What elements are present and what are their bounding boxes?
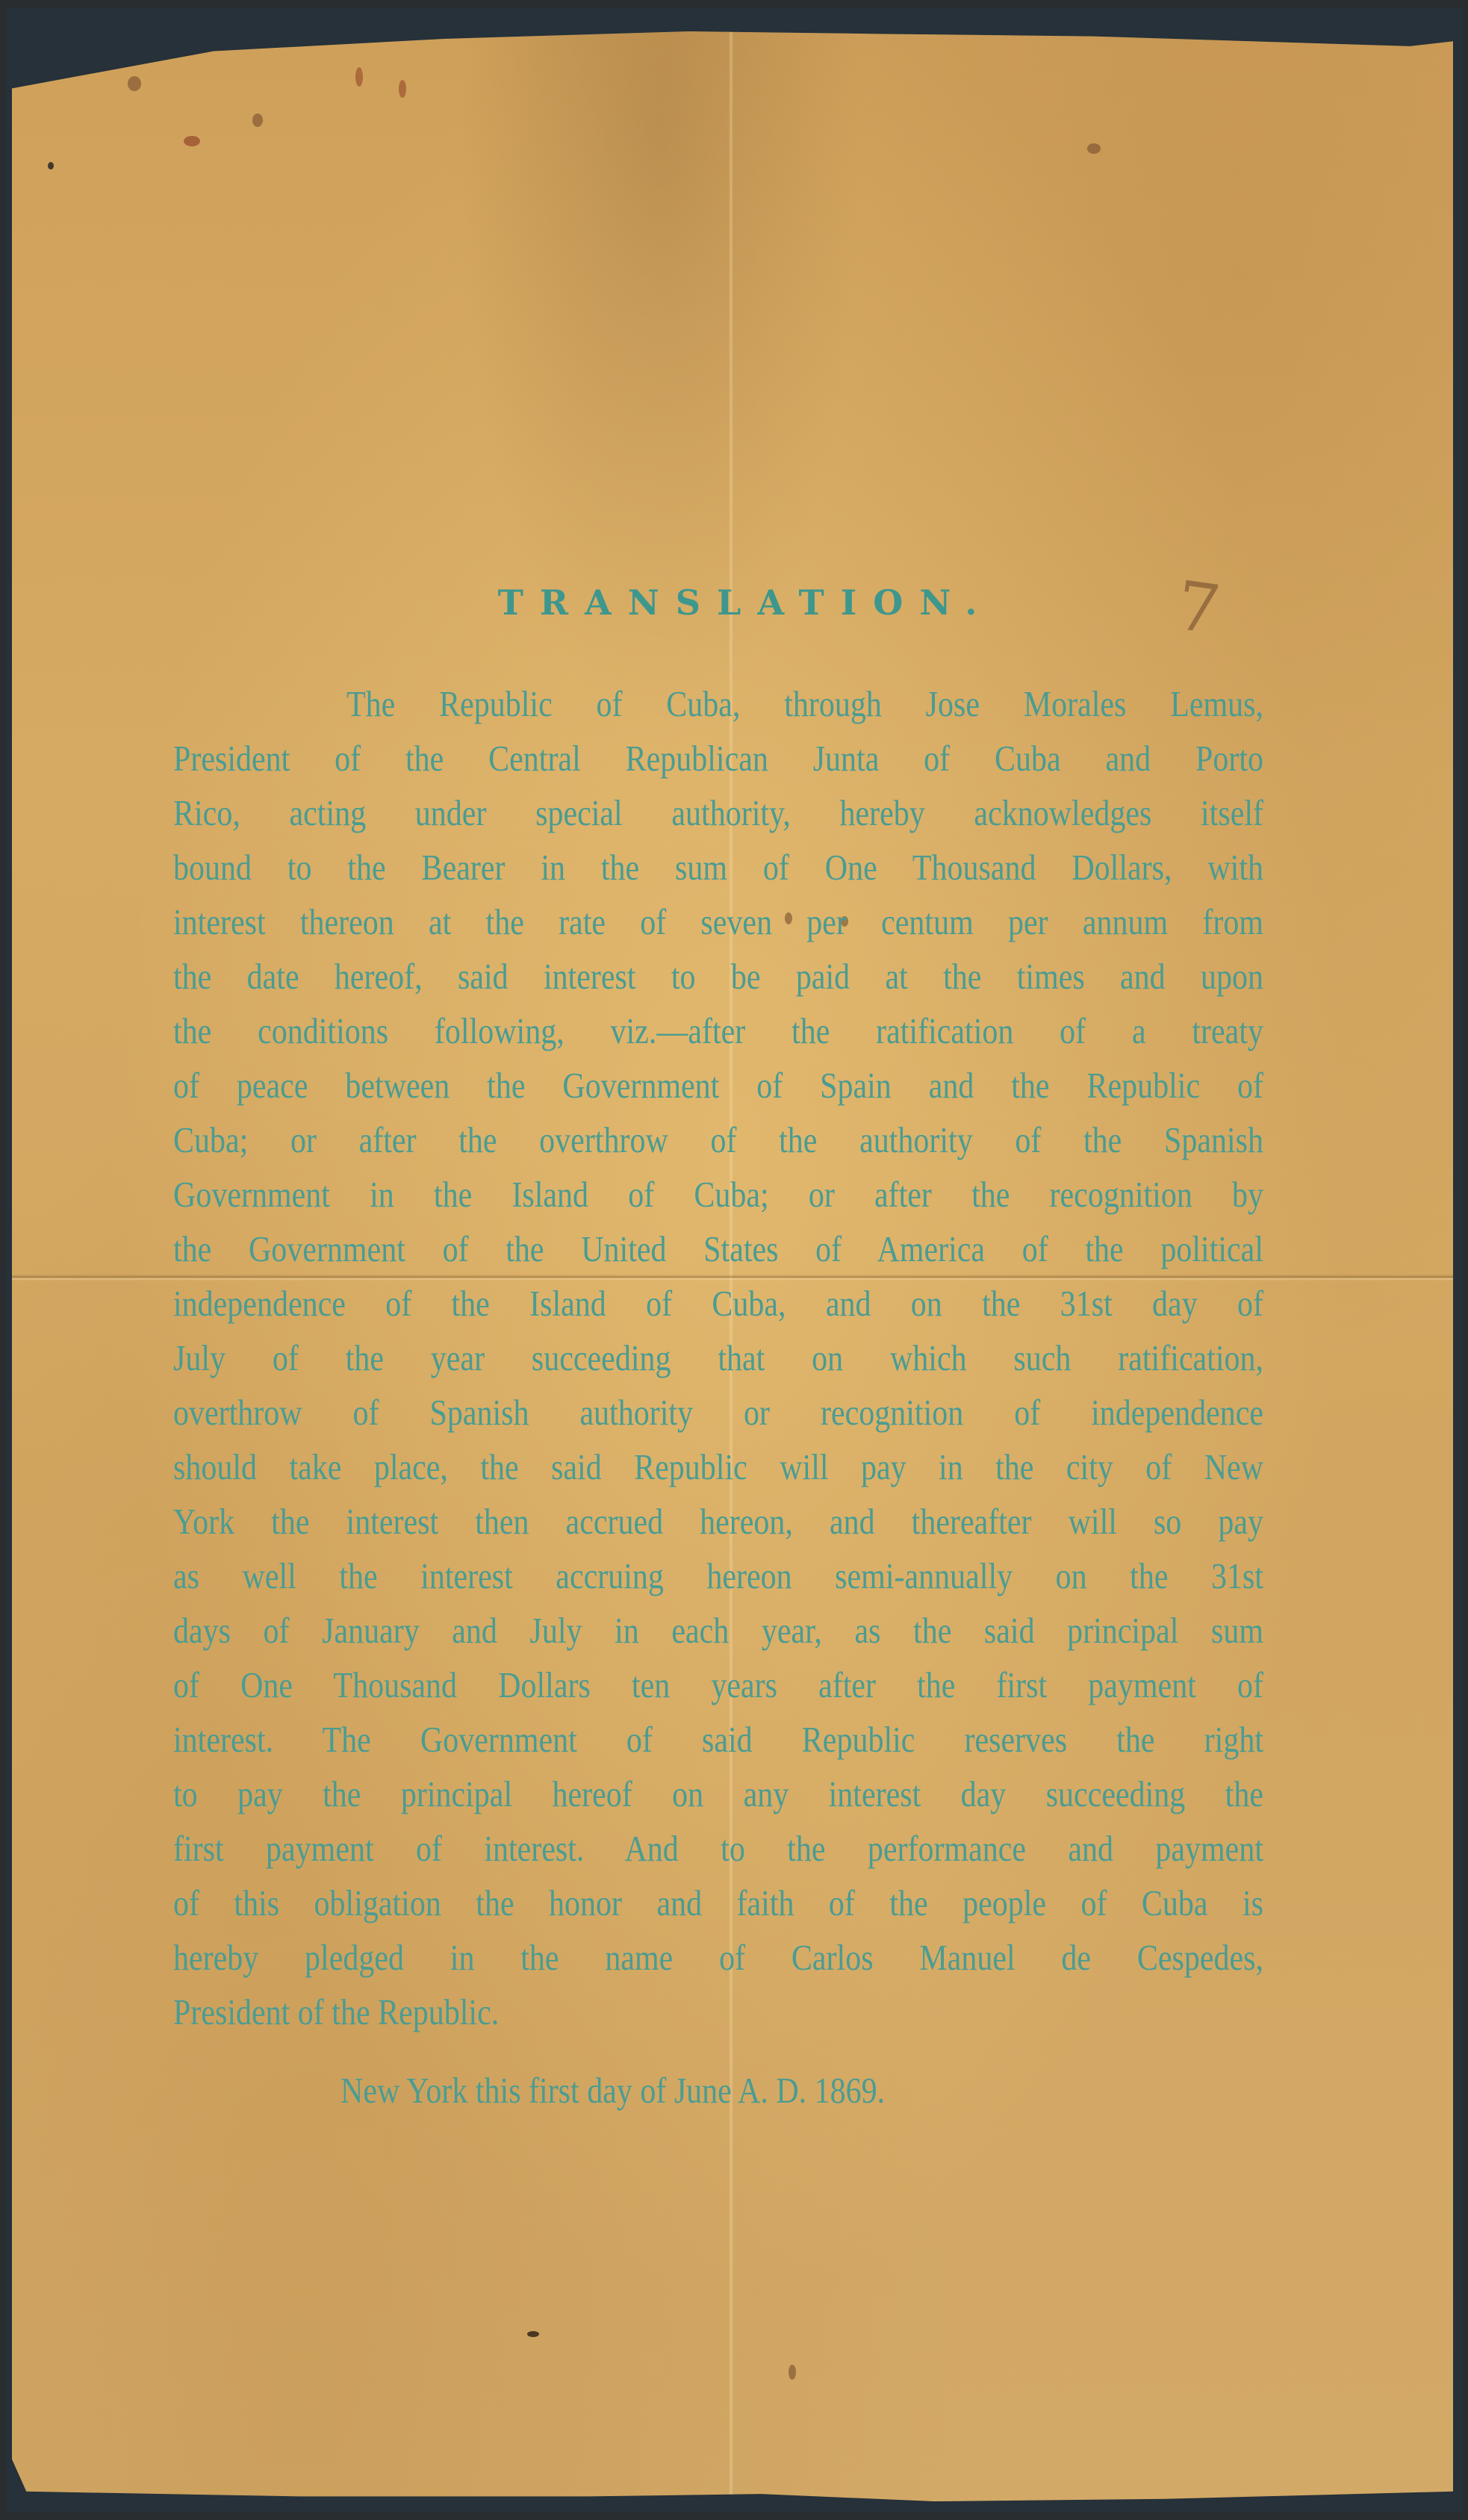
document-page: 7 TRANSLATION. The Republic of Cuba, thr…: [12, 31, 1453, 2509]
date-line: New York this first day of June A. D. 18…: [340, 2071, 885, 2112]
body-line: interest thereon at the rate of seven pe…: [173, 892, 1263, 955]
body-line: overthrow of Spanish authority or recogn…: [173, 1383, 1263, 1446]
body-line: bound to the Bearer in the sum of One Th…: [173, 838, 1263, 900]
body-line: hereby pledged in the name of Carlos Man…: [173, 1928, 1263, 1991]
body-line: independence of the Island of Cuba, and …: [173, 1274, 1263, 1337]
stain-mark: [527, 2331, 539, 2337]
body-line: York the interest then accrued hereon, a…: [173, 1492, 1263, 1555]
body-line: the conditions following, viz.—after the…: [173, 1001, 1263, 1064]
document-body: The Republic of Cuba, through Jose Moral…: [173, 678, 1263, 2041]
stain-mark: [789, 2365, 796, 2380]
body-line: days of January and July in each year, a…: [173, 1601, 1263, 1664]
body-line: the date hereof, said interest to be pai…: [173, 947, 1263, 1009]
body-line: The Republic of Cuba, through Jose Moral…: [173, 674, 1263, 737]
document-title: TRANSLATION.: [12, 582, 1453, 623]
stain-mark: [184, 136, 200, 146]
body-line: of One Thousand Dollars ten years after …: [173, 1655, 1263, 1718]
stain-mark: [48, 162, 54, 169]
stain-mark: [1087, 143, 1101, 154]
stain-mark: [399, 80, 406, 98]
body-line: to pay the principal hereof on any inter…: [173, 1764, 1263, 1827]
body-line: interest. The Government of said Republi…: [173, 1710, 1263, 1773]
body-line: July of the year succeeding that on whic…: [173, 1328, 1263, 1391]
body-line-last: President of the Republic.: [173, 1982, 1263, 2045]
body-line: President of the Central Republican Junt…: [173, 729, 1263, 791]
body-line: Rico, acting under special authority, he…: [173, 783, 1263, 846]
body-line: should take place, the said Republic wil…: [173, 1437, 1263, 1500]
body-line: of peace between the Government of Spain…: [173, 1056, 1263, 1119]
stain-mark: [355, 67, 363, 87]
body-line: first payment of interest. And to the pe…: [173, 1819, 1263, 1882]
stain-mark: [252, 113, 263, 127]
stain-mark: [128, 76, 141, 91]
body-line: Government in the Island of Cuba; or aft…: [173, 1165, 1263, 1228]
body-line: Cuba; or after the overthrow of the auth…: [173, 1110, 1263, 1173]
body-line: the Government of the United States of A…: [173, 1219, 1263, 1282]
body-line: of this obligation the honor and faith o…: [173, 1873, 1263, 1936]
body-line: as well the interest accruing hereon sem…: [173, 1546, 1263, 1609]
